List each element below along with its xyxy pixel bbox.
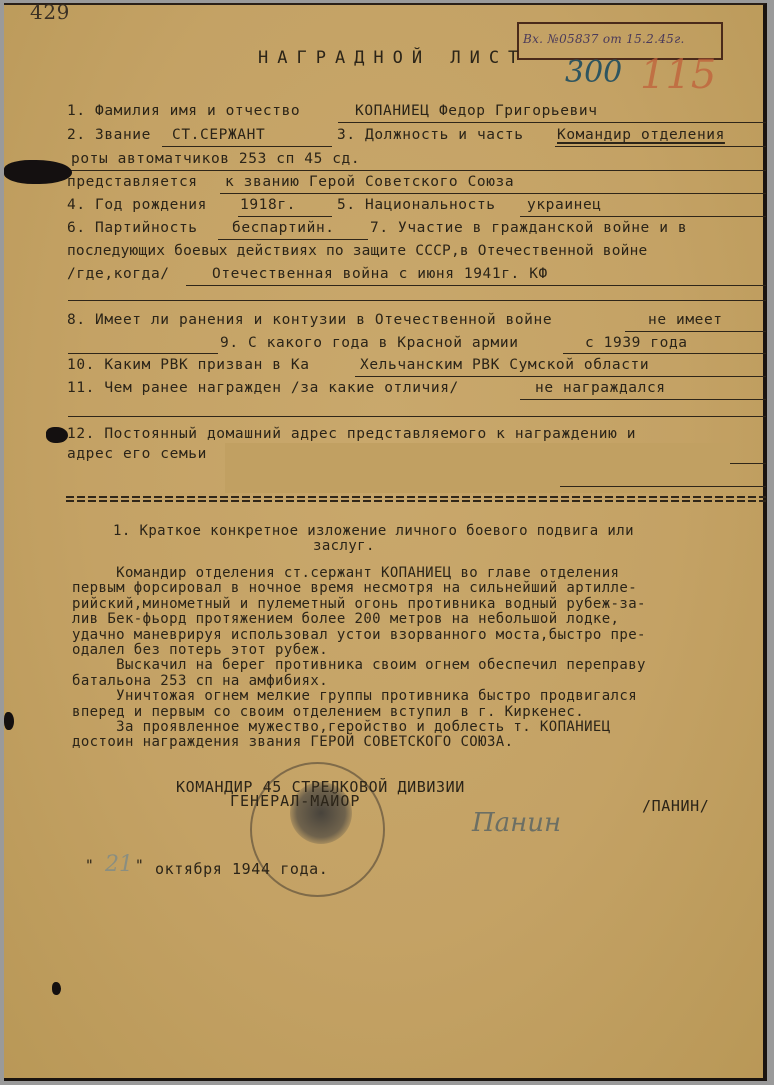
narrative-line: лив Бек-фьорд протяжением более 200 метр… (72, 612, 619, 628)
field-3-value-line1: Командир отделения (557, 127, 725, 143)
ink-blot (46, 427, 68, 443)
narrative-line: рийский,минометный и пулеметный огонь пр… (72, 597, 646, 613)
date-close-quote: " (135, 858, 144, 874)
date-open-quote: " (85, 858, 94, 874)
field-6-value: беспартийн. (232, 220, 335, 236)
field-10-value: Хельчанским РВК Сумской области (360, 357, 649, 373)
handwritten-number-red: 115 (640, 52, 716, 98)
registry-stamp-text: Вх. №05837 от 15.2.45г. (523, 32, 685, 46)
narrative-line: батальона 253 сп на амфибиях. (72, 674, 328, 690)
narrative-line: вперед и первым со своим отделением всту… (72, 705, 584, 721)
ink-blot (4, 160, 72, 184)
field-5-label: 5. Национальность (337, 197, 496, 213)
field-3-label: 3. Должность и часть (337, 127, 524, 143)
field-4-label: 4. Год рождения (67, 197, 207, 213)
field-7-value: Отечественная война с июня 1941г. КФ (212, 266, 548, 282)
ink-blot (4, 712, 14, 730)
narrative-line: Уничтожая огнем мелкие группы противника… (72, 689, 637, 705)
field-5-value: украинец (527, 197, 602, 213)
field-2-value: СТ.СЕРЖАНТ (172, 127, 265, 143)
narrative-line: одалел без потерь этот рубеж. (72, 643, 328, 659)
field-9-value: с 1939 года (585, 335, 688, 351)
ink-blot (52, 982, 61, 995)
field-8-value: не имеет (648, 312, 723, 328)
field-7-label-line1: 7. Участие в гражданской войне и в (370, 220, 687, 236)
narrative-line: Выскачил на берег противника своим огнем… (72, 658, 646, 674)
date-text: октября 1944 года. (155, 860, 328, 878)
narrative-line: Командир отделения ст.сержант КОПАНИЕЦ в… (72, 566, 619, 582)
field-1-value: КОПАНИЕЦ Федор Григорьевич (355, 103, 598, 119)
archive-number: 429 (30, 0, 70, 24)
field-9-label: 9. С какого года в Красной армии (220, 335, 519, 351)
signatory-position-line2: ГЕНЕРАЛ-МАЙОР (230, 792, 360, 810)
section-heading-line2: заслуг. (313, 539, 375, 555)
section-separator (66, 496, 766, 498)
field-12-label-line1: 12. Постоянный домашний адрес представля… (67, 426, 636, 442)
field-11-value: не награждался (535, 380, 666, 396)
field-8-label: 8. Имеет ли ранения и контузии в Отечест… (67, 312, 552, 328)
field-7-label-line2: последующих боевых действиях по защите С… (67, 243, 647, 259)
field-1-label: 1. Фамилия имя и отчество (67, 103, 300, 119)
nominated-label: представляется (67, 174, 198, 190)
date-day-handwritten: 21 (105, 852, 133, 877)
field-12-label-line2: адрес его семьи (67, 446, 207, 462)
field-10-label: 10. Каким РВК призван в Ка (67, 357, 310, 373)
narrative-line: достоин награждения звания ГЕРОЙ СОВЕТСК… (72, 735, 513, 751)
narrative-line: удачно маневрируя использовал устои взор… (72, 628, 646, 644)
field-7-label-line3: /где,когда/ (67, 266, 170, 282)
field-11-label: 11. Чем ранее награжден /за какие отличи… (67, 380, 459, 396)
narrative-line: первым форсировал в ночное время несмотр… (72, 581, 637, 597)
document-title: НАГРАДНОЙ ЛИСТ (258, 48, 527, 68)
field-2-label: 2. Звание (67, 127, 151, 143)
field-6-label: 6. Партийность (67, 220, 198, 236)
handwritten-signature: Панин (472, 808, 561, 838)
handwritten-number-blue: 300 (565, 55, 622, 90)
field-3-value-line2: роты автоматчиков 253 сп 45 сд. (71, 151, 360, 167)
field-4-value: 1918г. (240, 197, 296, 213)
nominated-value: к званию Герой Советского Союза (225, 174, 514, 190)
signatory-name: /ПАНИН/ (642, 797, 709, 815)
